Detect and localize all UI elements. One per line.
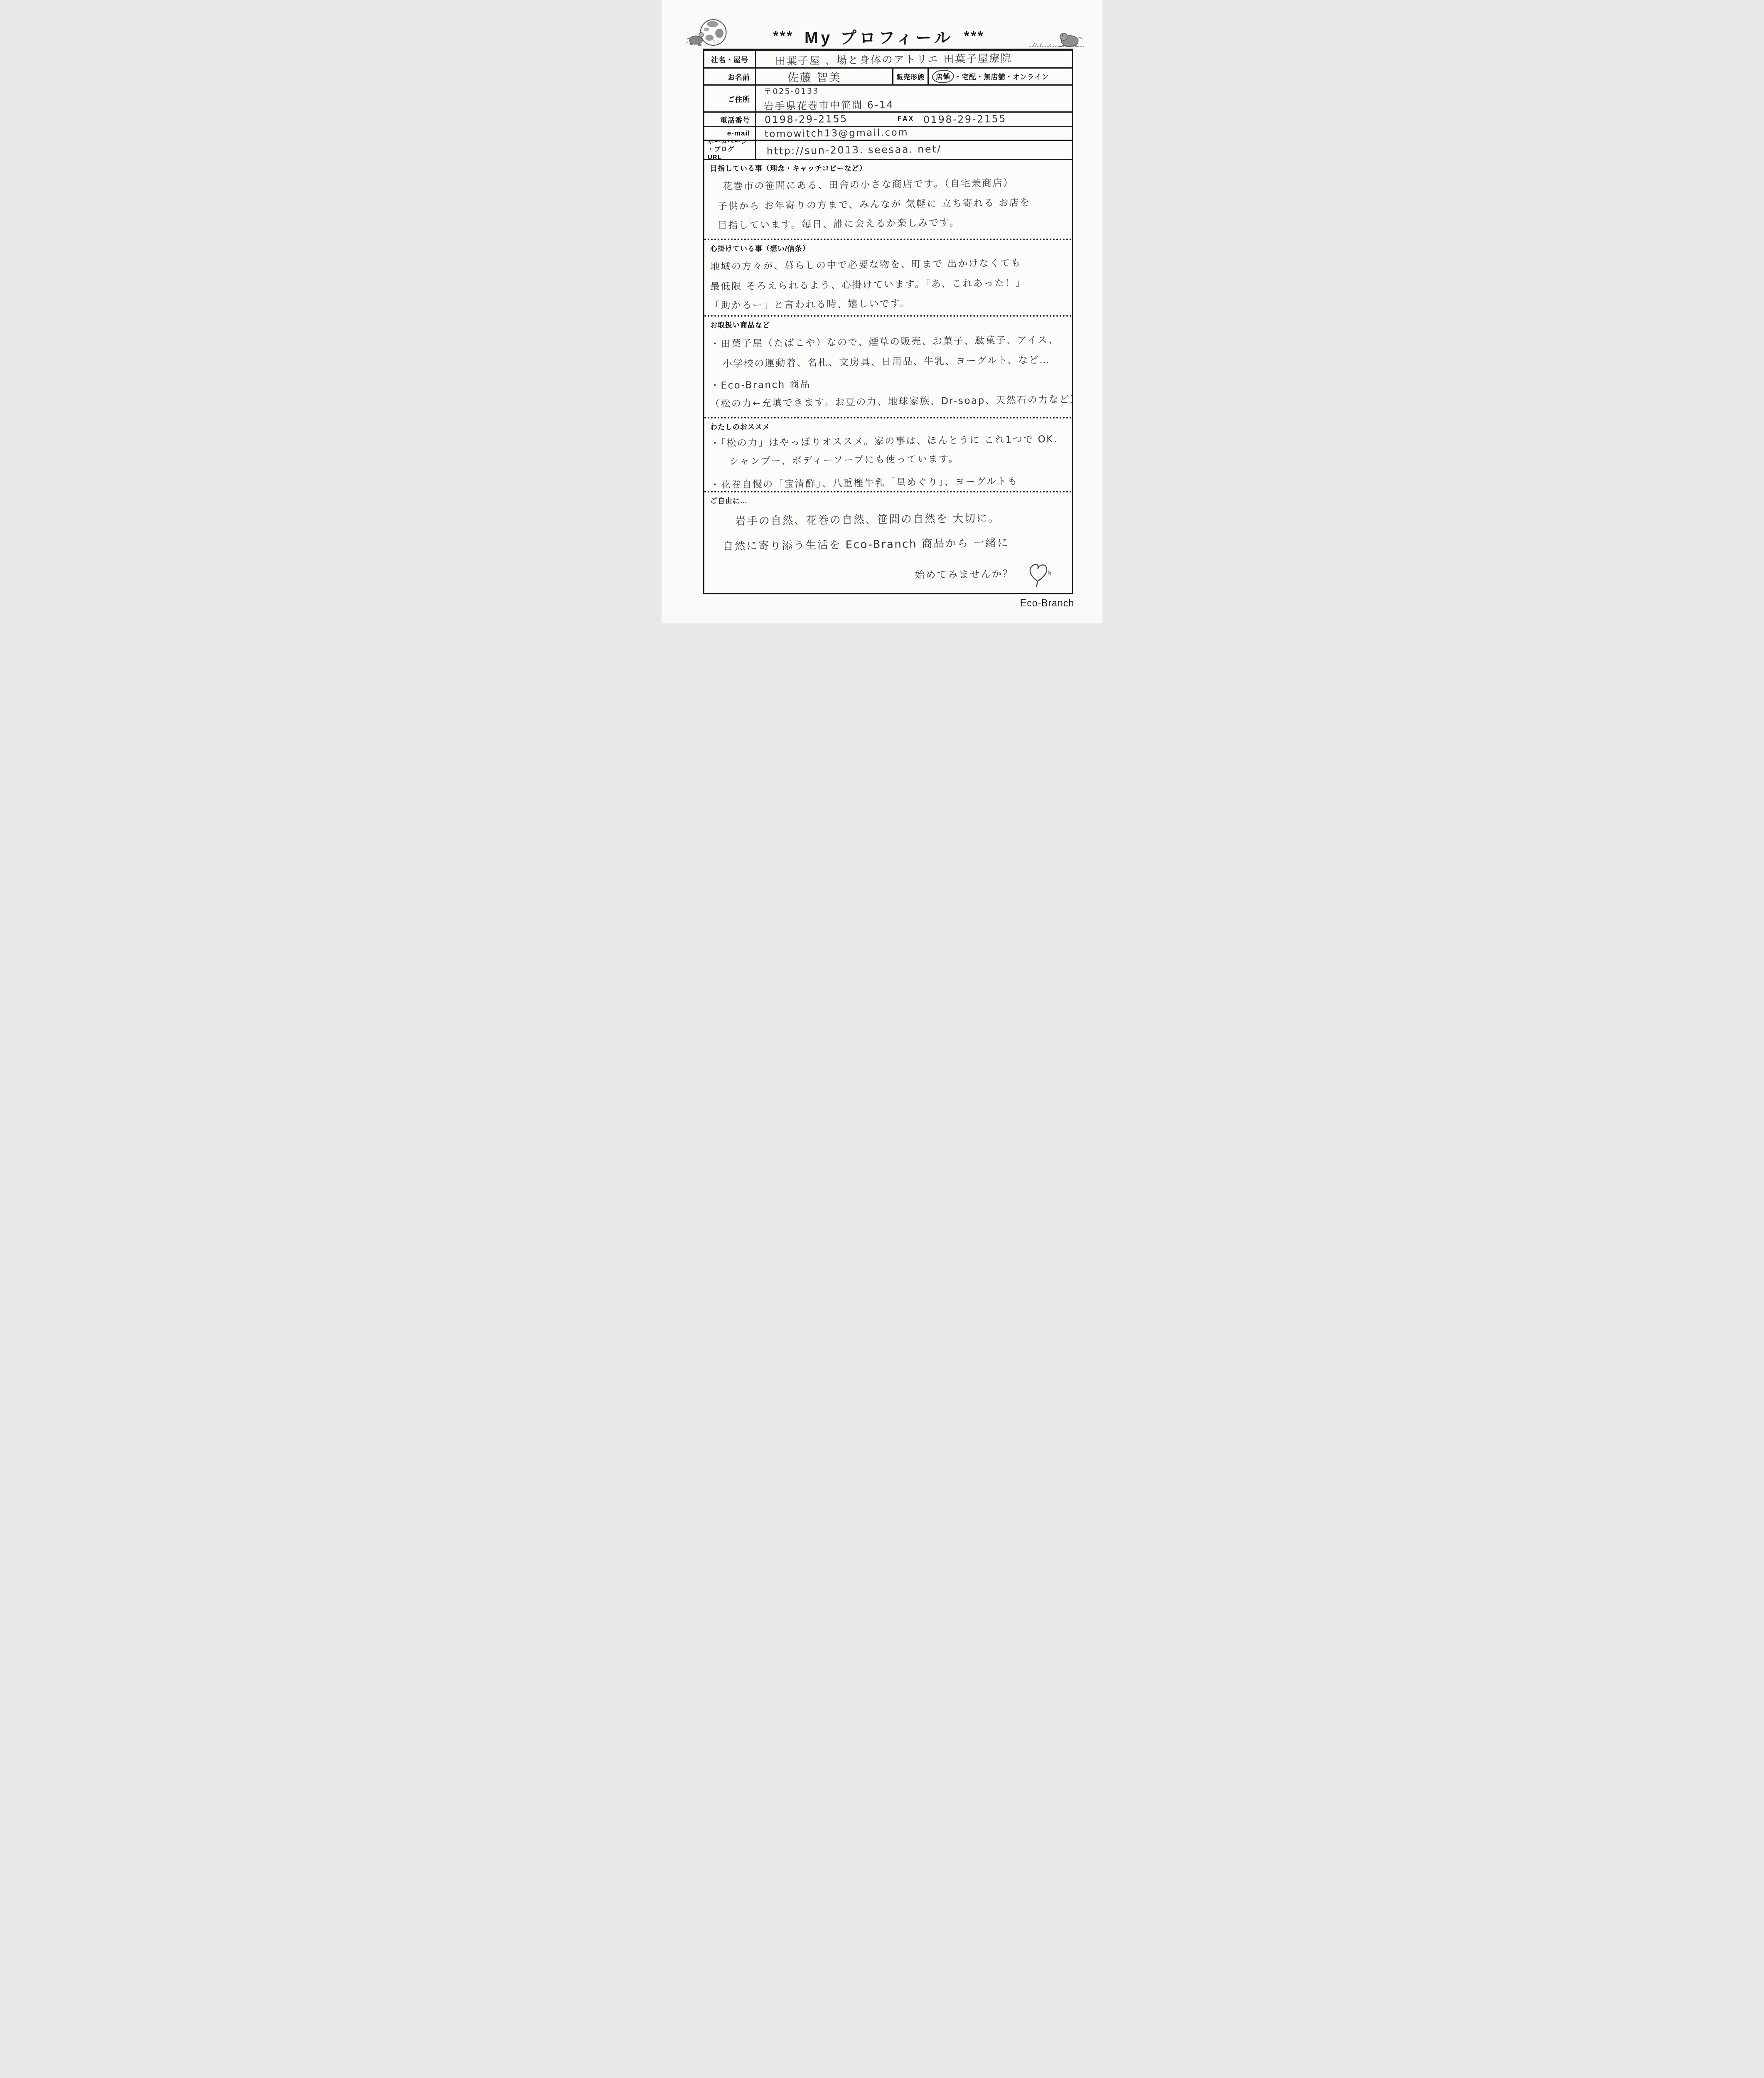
- sales-format-label: 販売形態: [892, 69, 929, 84]
- page-header: *** My プロフィール ***: [684, 17, 1086, 50]
- row-address: ご住所 〒025-0133 岩手県花巻市中笹間 6-14: [704, 86, 1072, 113]
- row-phone: 電話番号 0198-29-2155 FAX 0198-29-2155: [704, 113, 1072, 127]
- section-aims: 目指している事（理念・キャッチコピーなど） 花巻市の笹間にある、田舎の小さな商店…: [704, 160, 1072, 239]
- recommend-annotation: （牛乳）: [903, 490, 934, 491]
- products-line: 小学校の運動着、名札、文房具、日用品、牛乳、ヨーグルト、など…: [723, 354, 1064, 371]
- stars-right-decoration: ***: [964, 28, 984, 44]
- fax-value-handwritten: 0198-29-2155: [923, 113, 1006, 126]
- profile-form-table: 社名・屋号 田葉子屋 、場と身体のアトリエ 田葉子屋療院 お名前 佐藤 智美 販…: [703, 49, 1073, 594]
- frog-illustration: [1028, 27, 1086, 50]
- url-label: ホームページ ・ブログ URL: [704, 141, 756, 159]
- row-company: 社名・屋号 田葉子屋 、場と身体のアトリエ 田葉子屋療院: [704, 51, 1072, 69]
- email-label: e-mail: [704, 127, 756, 140]
- email-value-handwritten: tomowitch13@gmail.com: [765, 127, 908, 140]
- row-url: ホームページ ・ブログ URL http://sun-2013. seesaa.…: [704, 141, 1072, 160]
- name-value-handwritten: 佐藤 智美: [787, 69, 841, 84]
- address-label: ご住所: [704, 86, 756, 111]
- products-line: ・Eco-Branch 商品: [710, 376, 1064, 392]
- row-name-sales: お名前 佐藤 智美 販売形態 店舗 ・宅配・無店舗・オンライン: [704, 69, 1072, 86]
- eco-branch-brand: Eco-Branch: [1020, 598, 1074, 609]
- section-mindset-title: 心掛けている事（想い/信条）: [710, 243, 1064, 253]
- section-aims-title: 目指している事（理念・キャッチコピーなど）: [710, 162, 1064, 173]
- section-recommend: わたしのおススメ ・「松の力」はやっぱりオススメ。家の事は、ほんとうに これ1つ…: [704, 417, 1072, 491]
- page-title-wrap: *** My プロフィール ***: [730, 25, 1028, 50]
- section-free-comment: ご自由に… 岩手の自然、花巻の自然、笹間の自然を 大切に。 自然に寄り添う生活を…: [704, 491, 1072, 596]
- recommend-line: ・「松の力」はやっぱりオススメ。家の事は、ほんとうに これ1つで OK.: [710, 433, 1064, 450]
- section-recommend-title: わたしのおススメ: [710, 421, 1064, 431]
- fax-label: FAX: [898, 116, 914, 123]
- aims-line: 目指しています。毎日、誰に会えるか楽しみです。: [718, 216, 1064, 232]
- company-value-handwritten: 田葉子屋 、場と身体のアトリエ 田葉子屋療院: [775, 51, 1012, 67]
- phone-value-handwritten: 0198-29-2155: [765, 113, 848, 126]
- recommend-line: ・花巻自慢の「宝清酢」、八重樫牛乳「星めぐり」、ヨーグルトも: [710, 475, 1064, 491]
- section-free-title: ご自由に…: [710, 495, 1064, 505]
- mindset-line: 最低限 そろえられるよう、心掛けています。「あ、これあった！」: [710, 277, 1064, 293]
- url-label-line1: ホームページ: [708, 141, 748, 145]
- section-products: お取扱い商品など ・田葉子屋（たばこや）なので、煙草の販売、お菓子、駄菓子、アイ…: [704, 315, 1072, 417]
- aims-line: 子供から お年寄りの方まで、みんなが 気軽に 立ち寄れる お店を: [718, 197, 1064, 213]
- products-line: ・田葉子屋（たばこや）なので、煙草の販売、お菓子、駄菓子、アイス、: [710, 334, 1064, 351]
- free-line: 始めてみませんか？: [914, 566, 1014, 581]
- phone-label: 電話番号: [704, 113, 756, 126]
- recommend-line: シャンプー、ボディーソープにも使っています。: [729, 452, 1064, 468]
- postal-code-handwritten: 〒025-0133: [764, 86, 819, 97]
- mindset-line: 「助かるー」と言われる時、嬉しいです。: [710, 296, 1064, 313]
- free-line: 自然に寄り添う生活を Eco-Branch 商品から 一緒に: [723, 536, 1064, 554]
- products-line: （松の力←充填できます。お豆の力、地球家族、Dr-soap、天然石の力など）: [710, 394, 1064, 410]
- turtle-globe-illustration: [684, 16, 730, 50]
- scanned-profile-sheet: *** My プロフィール *** 社名・屋号 田葉子屋 、場と身体のアトリエ …: [662, 0, 1102, 623]
- name-label: お名前: [704, 69, 756, 84]
- sales-option-store-circled: 店舗: [932, 69, 955, 84]
- stars-left-decoration: ***: [773, 28, 794, 44]
- sales-format-options: 店舗 ・宅配・無店舗・オンライン: [929, 69, 1072, 84]
- free-line: 岩手の自然、花巻の自然、笹間の自然を 大切に。: [735, 511, 1064, 529]
- section-mindset: 心掛けている事（想い/信条） 地域の方々が、暮らしの中で必要な物を、町まで 出か…: [704, 239, 1072, 315]
- aims-line: 花巻市の笹間にある、田舎の小さな商店です。（自宅兼商店）: [723, 177, 1064, 193]
- page-title: My プロフィール: [805, 25, 953, 48]
- url-value-handwritten: http://sun-2013. seesaa. net/: [767, 143, 942, 157]
- row-email: e-mail tomowitch13@gmail.com: [704, 127, 1072, 141]
- mindset-line: 地域の方々が、暮らしの中で必要な物を、町まで 出かけなくても: [710, 257, 1064, 273]
- section-products-title: お取扱い商品など: [710, 319, 1064, 330]
- address-value-handwritten: 岩手県花巻市中笹間 6-14: [764, 96, 894, 111]
- url-label-line2: ・ブログ URL: [708, 146, 734, 159]
- company-label: 社名・屋号: [704, 51, 756, 67]
- leaf-heart-doodle: [1023, 559, 1052, 588]
- sales-options-rest: ・宅配・無店舗・オンライン: [955, 71, 1049, 81]
